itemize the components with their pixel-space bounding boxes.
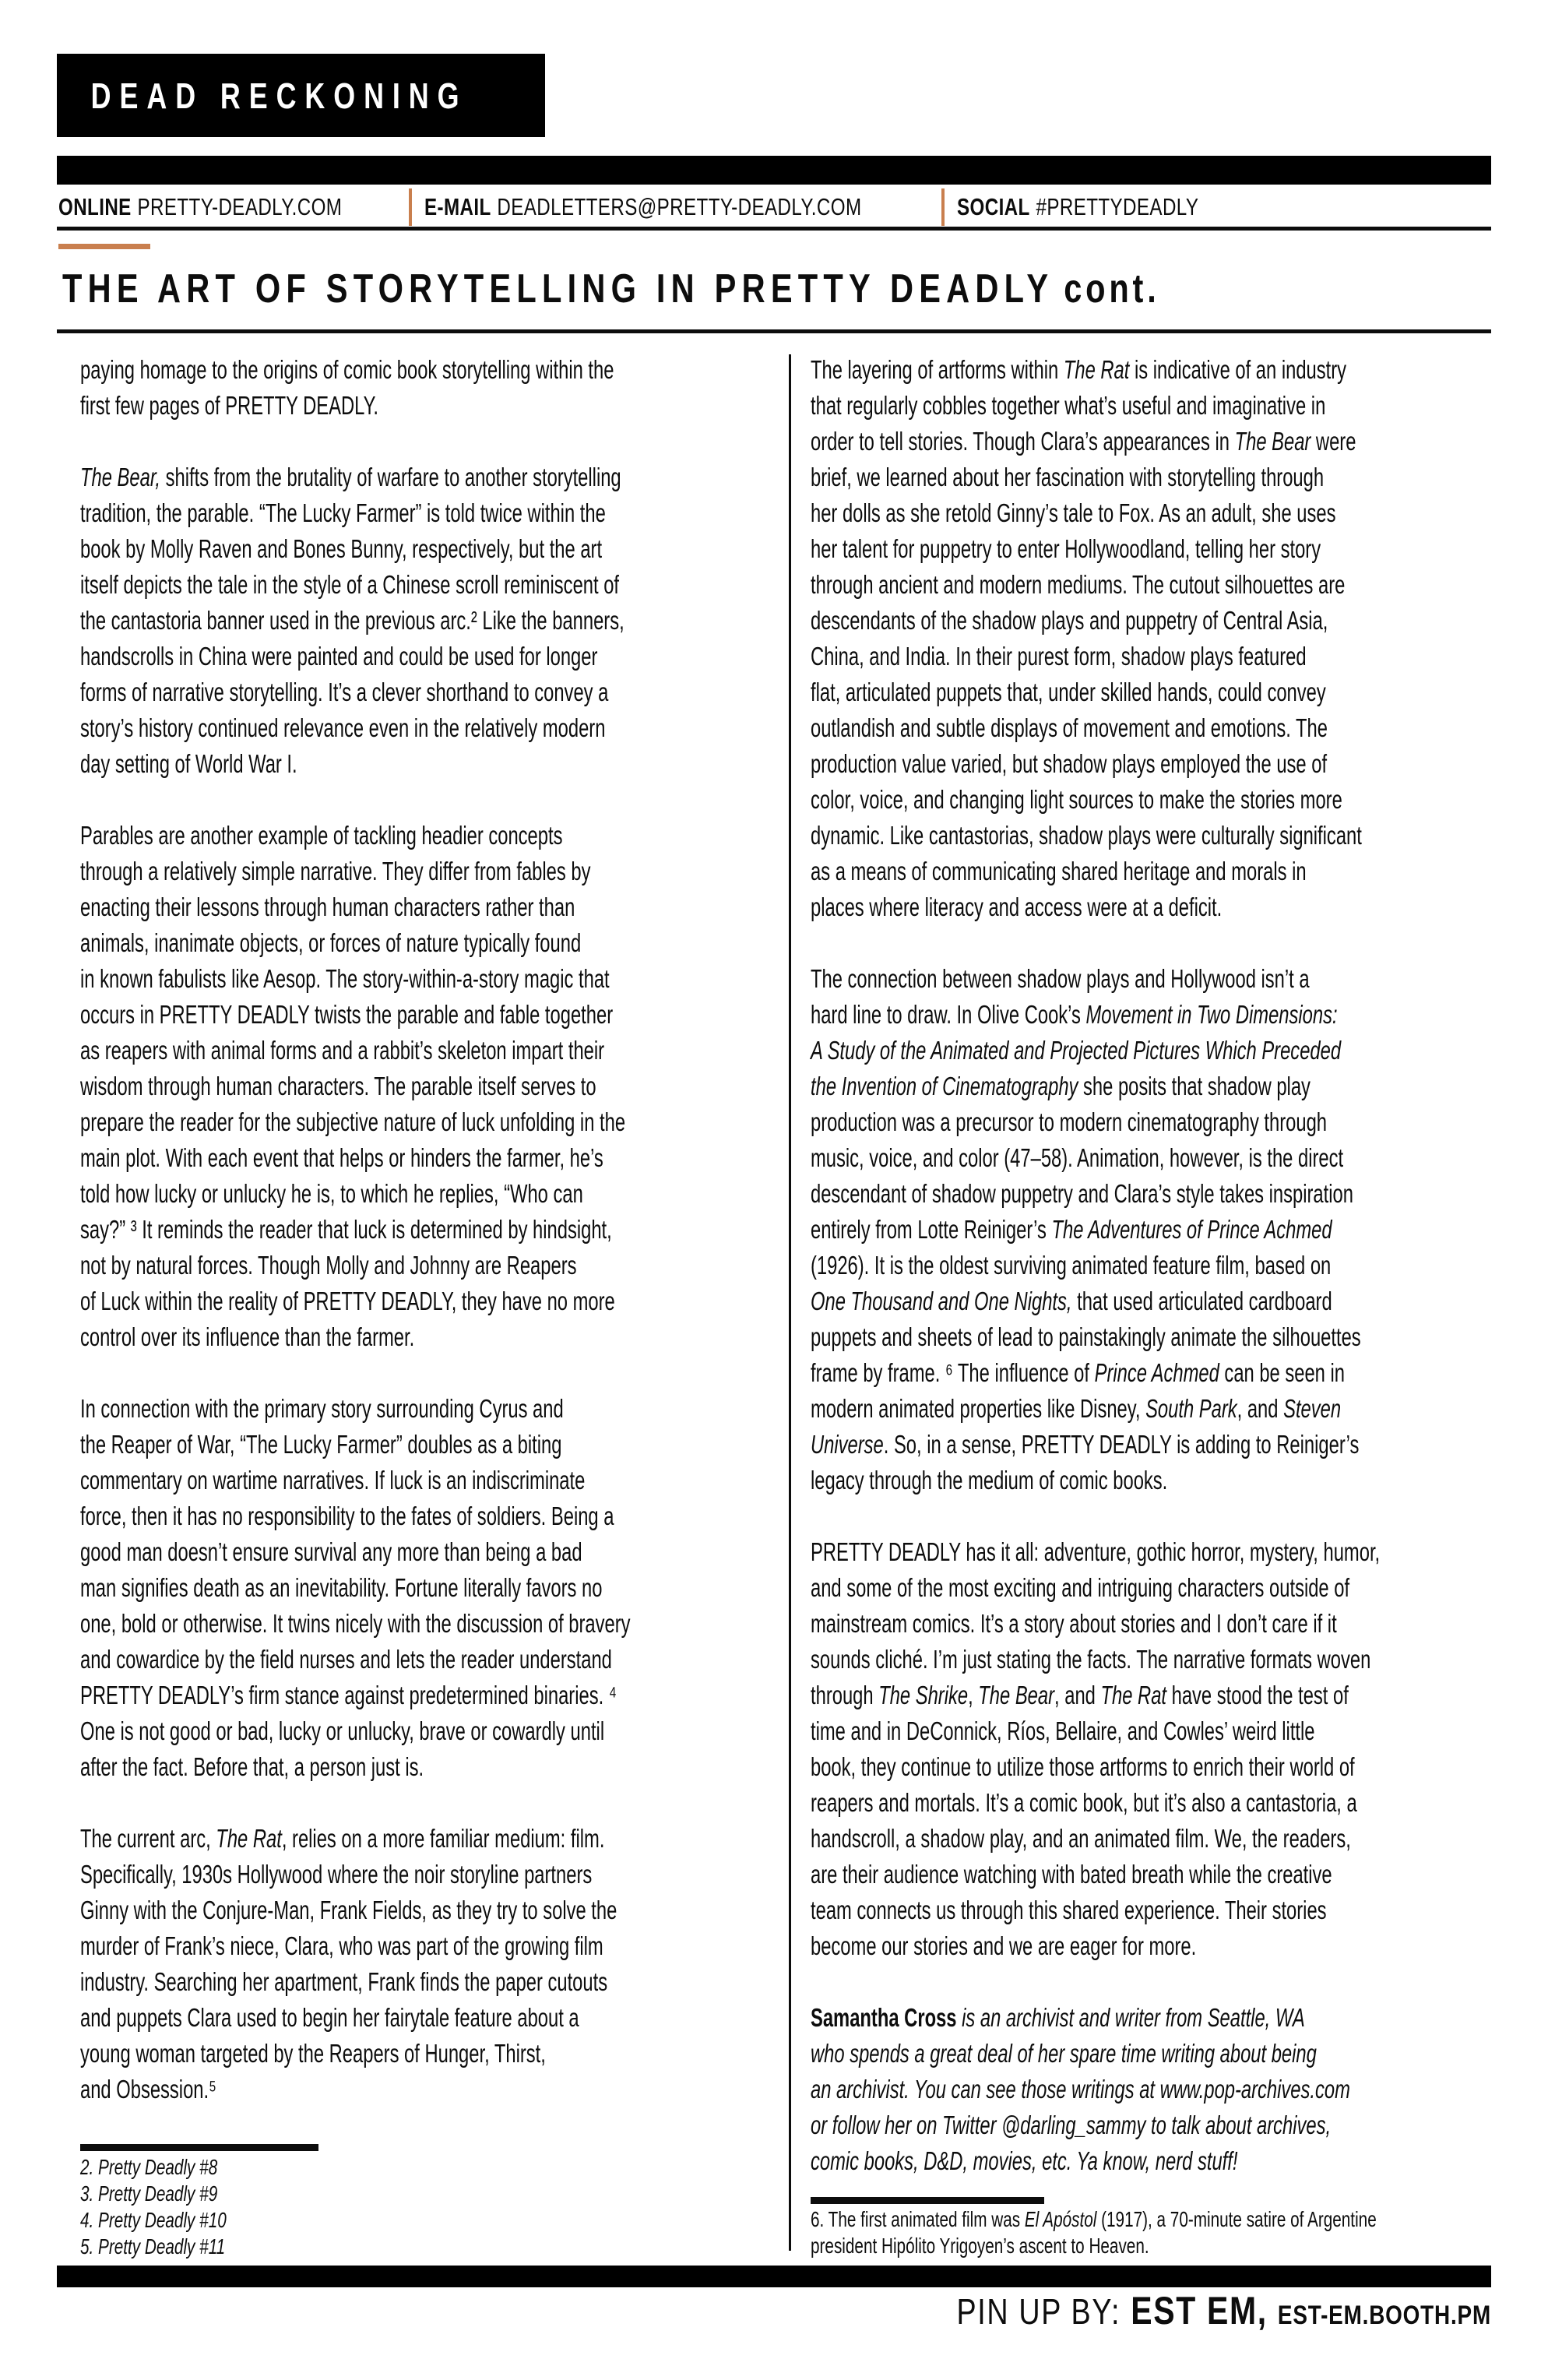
text-line: comic books, D&D, movies, etc. Ya know, … (811, 2143, 1310, 2179)
text-line: commentary on wartime narratives. If luc… (80, 1463, 579, 1498)
footnote-line: 4. Pretty Deadly #10 (80, 2207, 227, 2234)
text-line: puppets and sheets of lead to painstakin… (811, 1319, 1310, 1355)
text-line: Ginny with the Conjure-Man, Frank Fields… (80, 1892, 579, 1928)
paragraph: The connection between shadow plays and … (811, 961, 1504, 1498)
text-line: as a means of communicating shared herit… (811, 854, 1310, 889)
contact-email-label: E-MAIL (424, 193, 491, 220)
footnotes-left: 2. Pretty Deadly #83. Pretty Deadly #94.… (80, 2154, 278, 2260)
contact-social-label: SOCIAL (957, 193, 1030, 220)
text-line: brief, we learned about her fascination … (811, 459, 1310, 495)
text-line: first few pages of PRETTY DEADLY. (80, 388, 579, 424)
contact-row: ONLINEPRETTY-DEADLY.COM E-MAILDEADLETTER… (57, 187, 1491, 227)
text-line: in known fabulists like Aesop. The story… (80, 961, 579, 997)
contact-online-label: ONLINE (58, 193, 132, 220)
text-line: places where literacy and access were at… (811, 889, 1310, 925)
text-line: The Bear, shifts from the brutality of w… (80, 459, 579, 495)
text-line: China, and India. In their purest form, … (811, 639, 1310, 674)
text-line: after the fact. Before that, a person ju… (80, 1749, 579, 1785)
text-line: and some of the most exciting and intrig… (811, 1570, 1310, 1606)
text-line: production was a precursor to modern cin… (811, 1104, 1310, 1140)
text-line: hard line to draw. In Olive Cook’s Movem… (811, 997, 1310, 1033)
text-line: an archivist. You can see those writings… (811, 2072, 1310, 2107)
text-line: young woman targeted by the Reapers of H… (80, 2036, 579, 2072)
text-line: and cowardice by the field nurses and le… (80, 1642, 579, 1678)
text-line: One is not good or bad, lucky or unlucky… (80, 1713, 579, 1749)
text-line: descendant of shadow puppetry and Clara’… (811, 1176, 1310, 1212)
footnote-rule-right (811, 2197, 1044, 2204)
contact-rule (57, 227, 1491, 231)
text-line: say?” ³ It reminds the reader that luck … (80, 1212, 579, 1248)
column-divider (789, 354, 791, 2251)
text-line: book, they continue to utilize those art… (811, 1749, 1310, 1785)
text-line: the Invention of Cinematography she posi… (811, 1069, 1310, 1104)
footnote-line: 6. The first animated film was El Apósto… (811, 2206, 1377, 2233)
footnote-right: 6. The first animated film was El Apósto… (811, 2206, 1548, 2259)
text-line: through ancient and modern mediums. The … (811, 567, 1310, 603)
text-line: animals, inanimate objects, or forces of… (80, 925, 579, 961)
text-line: occurs in PRETTY DEADLY twists the parab… (80, 997, 579, 1033)
text-line: music, voice, and color (47–58). Animati… (811, 1140, 1310, 1176)
text-line: time and in DeConnick, Ríos, Bellaire, a… (811, 1713, 1310, 1749)
text-line: who spends a great deal of her spare tim… (811, 2036, 1310, 2072)
text-line: A Study of the Animated and Projected Pi… (811, 1033, 1310, 1069)
footer-bar (57, 2266, 1491, 2287)
paragraph: In connection with the primary story sur… (80, 1391, 773, 1785)
text-line: and Obsession.⁵ (80, 2072, 579, 2107)
text-line: or follow her on Twitter @darling_sammy … (811, 2107, 1310, 2143)
pinup-label: PIN UP BY: (957, 2290, 1121, 2332)
page-title: THE ART OF STORYTELLING IN PRETTY DEADLY… (62, 266, 1434, 312)
text-line: production value varied, but shadow play… (811, 746, 1310, 782)
text-line: murder of Frank’s niece, Clara, who was … (80, 1928, 579, 1964)
contact-divider (409, 188, 412, 226)
text-line: descendants of the shadow plays and pupp… (811, 603, 1310, 639)
footnote-line: 2. Pretty Deadly #8 (80, 2154, 227, 2181)
text-line: control over its influence than the farm… (80, 1319, 579, 1355)
text-line: prepare the reader for the subjective na… (80, 1104, 579, 1140)
footnote-line: 5. Pretty Deadly #11 (80, 2234, 227, 2260)
text-line: itself depicts the tale in the style of … (80, 567, 579, 603)
text-line: through a relatively simple narrative. T… (80, 854, 579, 889)
paragraph: PRETTY DEADLY has it all: adventure, got… (811, 1534, 1504, 1964)
pinup-artist: EST EM, (1131, 2288, 1268, 2333)
text-line: forms of narrative storytelling. It’s a … (80, 674, 579, 710)
text-line: good man doesn’t ensure survival any mor… (80, 1534, 579, 1570)
paragraph: The Bear, shifts from the brutality of w… (80, 459, 773, 782)
text-line: of Luck within the reality of PRETTY DEA… (80, 1283, 579, 1319)
paragraph: Samantha Cross is an archivist and write… (811, 2000, 1504, 2179)
text-line: Parables are another example of tackling… (80, 818, 579, 854)
contact-social: SOCIAL#PRETTYDEADLY (957, 193, 1198, 221)
accent-marker (58, 244, 150, 249)
heading-rule (57, 329, 1491, 333)
contact-social-value: #PRETTYDEADLY (1036, 193, 1198, 220)
text-line: are their audience watching with bated b… (811, 1857, 1310, 1892)
text-line: main plot. With each event that helps or… (80, 1140, 579, 1176)
text-line: not by natural forces. Though Molly and … (80, 1248, 579, 1283)
text-line: Specifically, 1930s Hollywood where the … (80, 1857, 579, 1892)
text-line: dynamic. Like cantastorias, shadow plays… (811, 818, 1310, 854)
paragraph: The current arc, The Rat, relies on a mo… (80, 1821, 773, 2107)
page-title-suffix: cont. (1064, 266, 1159, 312)
text-line: become our stories and we are eager for … (811, 1928, 1310, 1964)
text-line: frame by frame. ⁶ The influence of Princ… (811, 1355, 1310, 1391)
text-line: as reapers with animal forms and a rabbi… (80, 1033, 579, 1069)
text-line: (1926). It is the oldest surviving anima… (811, 1248, 1310, 1283)
paragraph: The layering of artforms within The Rat … (811, 352, 1504, 925)
contact-online: ONLINEPRETTY-DEADLY.COM (58, 193, 342, 221)
text-line: tradition, the parable. “The Lucky Farme… (80, 495, 579, 531)
text-line: the cantastoria banner used in the previ… (80, 603, 579, 639)
footnote-line: 3. Pretty Deadly #9 (80, 2181, 227, 2207)
contact-divider (941, 188, 945, 226)
top-divider-bar (57, 156, 1491, 185)
text-line: day setting of World War I. (80, 746, 579, 782)
text-line: through The Shrike, The Bear, and The Ra… (811, 1678, 1310, 1713)
article-left-column: paying homage to the origins of comic bo… (80, 352, 773, 2107)
text-line: her dolls as she retold Ginny’s tale to … (811, 495, 1310, 531)
text-line: The layering of artforms within The Rat … (811, 352, 1310, 388)
text-line: The current arc, The Rat, relies on a mo… (80, 1821, 579, 1857)
text-line: reapers and mortals. It’s a comic book, … (811, 1785, 1310, 1821)
text-line: force, then it has no responsibility to … (80, 1498, 579, 1534)
text-line: paying homage to the origins of comic bo… (80, 352, 579, 388)
text-line: the Reaper of War, “The Lucky Farmer” do… (80, 1427, 579, 1463)
text-line: The connection between shadow plays and … (811, 961, 1310, 997)
page-title-text: THE ART OF STORYTELLING IN PRETTY DEADLY (62, 266, 1054, 312)
text-line: one, bold or otherwise. It twins nicely … (80, 1606, 579, 1642)
text-line: legacy through the medium of comic books… (811, 1463, 1310, 1498)
text-line: enacting their lessons through human cha… (80, 889, 579, 925)
paragraph: Parables are another example of tackling… (80, 818, 773, 1355)
text-line: handscroll, a shadow play, and an animat… (811, 1821, 1310, 1857)
text-line: wisdom through human characters. The par… (80, 1069, 579, 1104)
text-line: flat, articulated puppets that, under sk… (811, 674, 1310, 710)
text-line: team connects us through this shared exp… (811, 1892, 1310, 1928)
letters-page: DEAD RECKONING ONLINEPRETTY-DEADLY.COM E… (0, 0, 1548, 2380)
text-line: her talent for puppetry to enter Hollywo… (811, 531, 1310, 567)
paragraph: paying homage to the origins of comic bo… (80, 352, 773, 424)
text-line: order to tell stories. Though Clara’s ap… (811, 424, 1310, 459)
text-line: One Thousand and One Nights, that used a… (811, 1283, 1310, 1319)
pinup-credit: PIN UP BY: EST EM, EST-EM.BOOTH.PM (315, 2288, 1491, 2333)
text-line: In connection with the primary story sur… (80, 1391, 579, 1427)
text-line: outlandish and subtle displays of moveme… (811, 710, 1310, 746)
text-line: PRETTY DEADLY has it all: adventure, got… (811, 1534, 1310, 1570)
text-line: color, voice, and changing light sources… (811, 782, 1310, 818)
article-right-column: The layering of artforms within The Rat … (811, 352, 1504, 2179)
text-line: PRETTY DEADLY’s firm stance against pred… (80, 1678, 579, 1713)
masthead-title: DEAD RECKONING (57, 75, 467, 117)
contact-email-value: DEADLETTERS@PRETTY-DEADLY.COM (497, 193, 861, 220)
contact-email: E-MAILDEADLETTERS@PRETTY-DEADLY.COM (424, 193, 861, 221)
text-line: industry. Searching her apartment, Frank… (80, 1964, 579, 2000)
masthead-title-box: DEAD RECKONING (57, 54, 545, 137)
text-line: modern animated properties like Disney, … (811, 1391, 1310, 1427)
text-line: handscrolls in China were painted and co… (80, 639, 579, 674)
text-line: Samantha Cross is an archivist and write… (811, 2000, 1310, 2036)
pinup-site: EST-EM.BOOTH.PM (1278, 2301, 1491, 2331)
footnote-rule-left (80, 2144, 318, 2151)
text-line: and puppets Clara used to begin her fair… (80, 2000, 579, 2036)
text-line: Universe. So, in a sense, PRETTY DEADLY … (811, 1427, 1310, 1463)
contact-online-value: PRETTY-DEADLY.COM (137, 193, 342, 220)
text-line: entirely from Lotte Reiniger’s The Adven… (811, 1212, 1310, 1248)
text-line: story’s history continued relevance even… (80, 710, 579, 746)
text-line: sounds cliché. I’m just stating the fact… (811, 1642, 1310, 1678)
footnote-line: president Hipólito Yrigoyen’s ascent to … (811, 2233, 1377, 2259)
text-line: man signifies death as an inevitability.… (80, 1570, 579, 1606)
text-line: that regularly cobbles together what’s u… (811, 388, 1310, 424)
text-line: mainstream comics. It’s a story about st… (811, 1606, 1310, 1642)
text-line: told how lucky or unlucky he is, to whic… (80, 1176, 579, 1212)
text-line: book by Molly Raven and Bones Bunny, res… (80, 531, 579, 567)
